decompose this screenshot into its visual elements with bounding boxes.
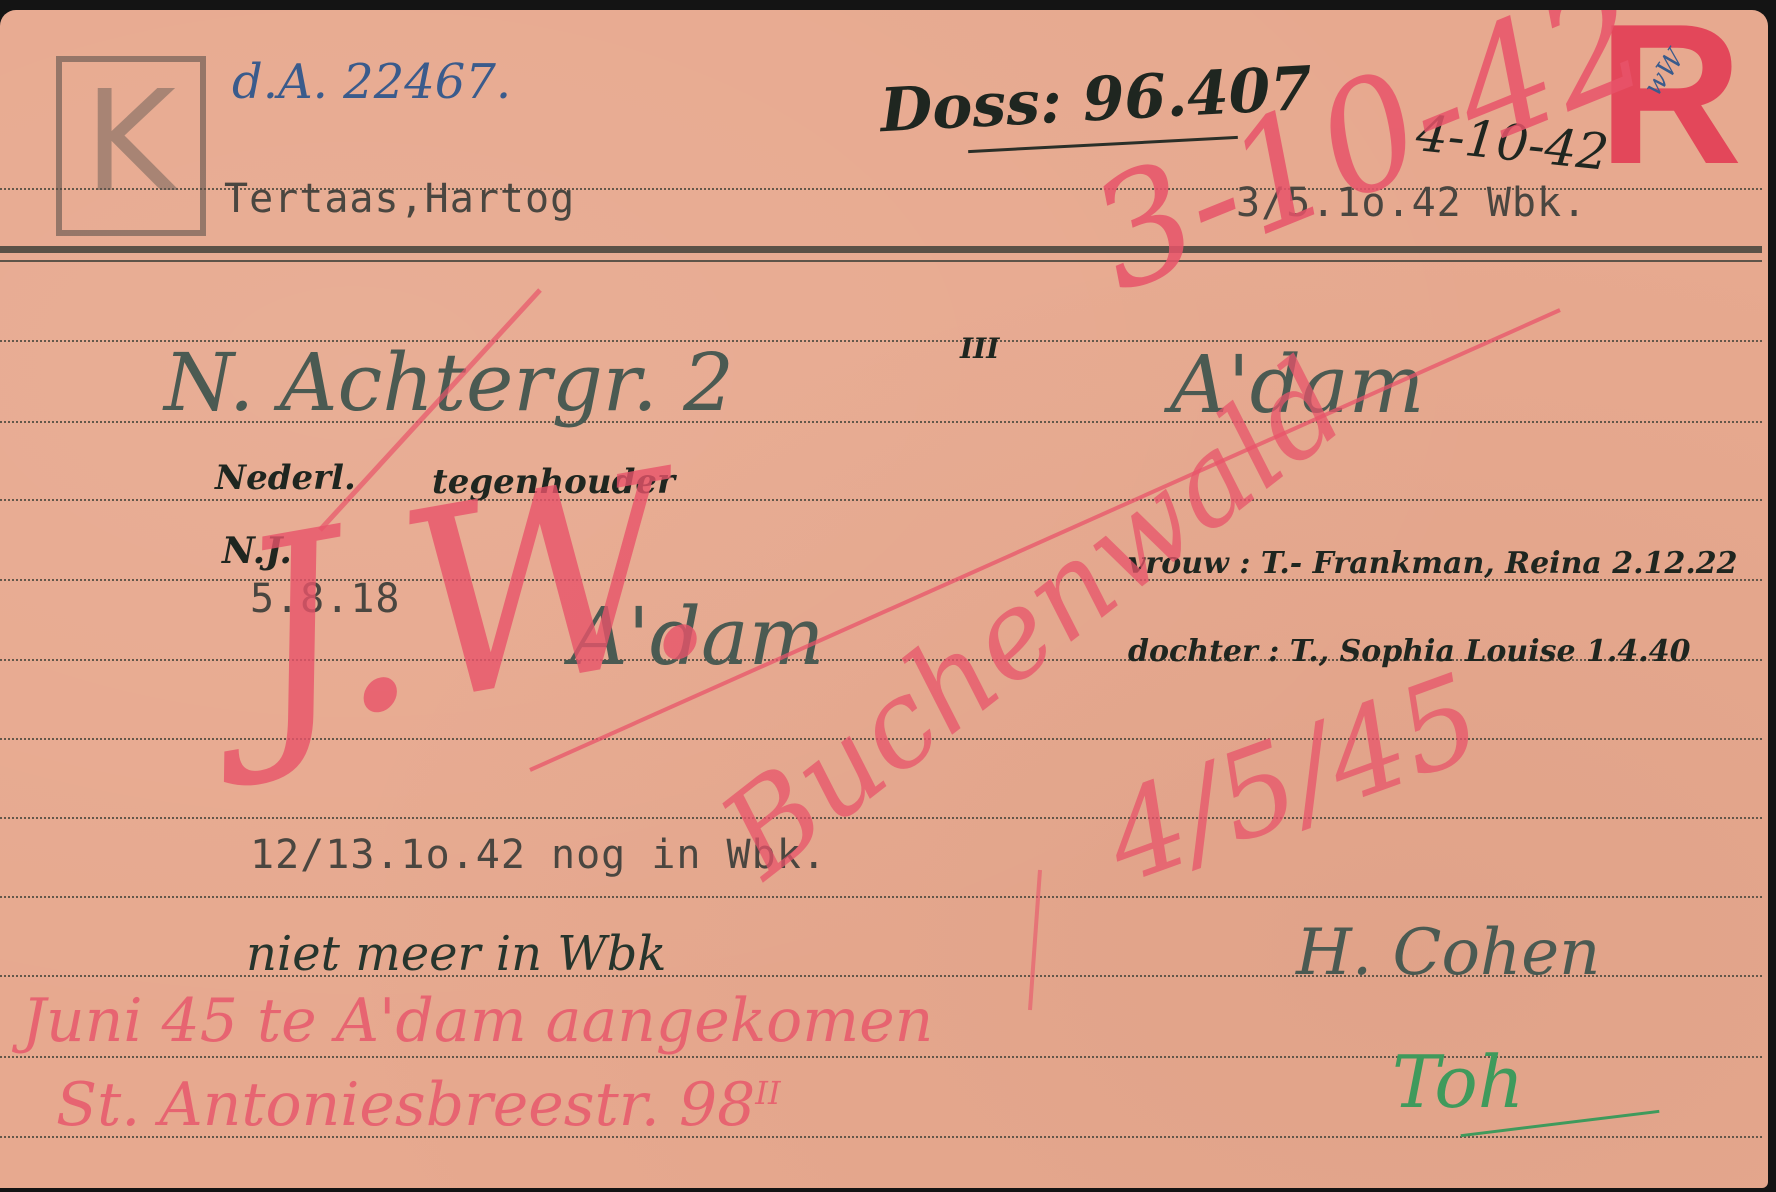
red-pencil-strokes xyxy=(0,10,1768,1188)
index-card: K R wW d.A. 22467. Doss: 96.407 4-10-42 … xyxy=(0,10,1768,1188)
